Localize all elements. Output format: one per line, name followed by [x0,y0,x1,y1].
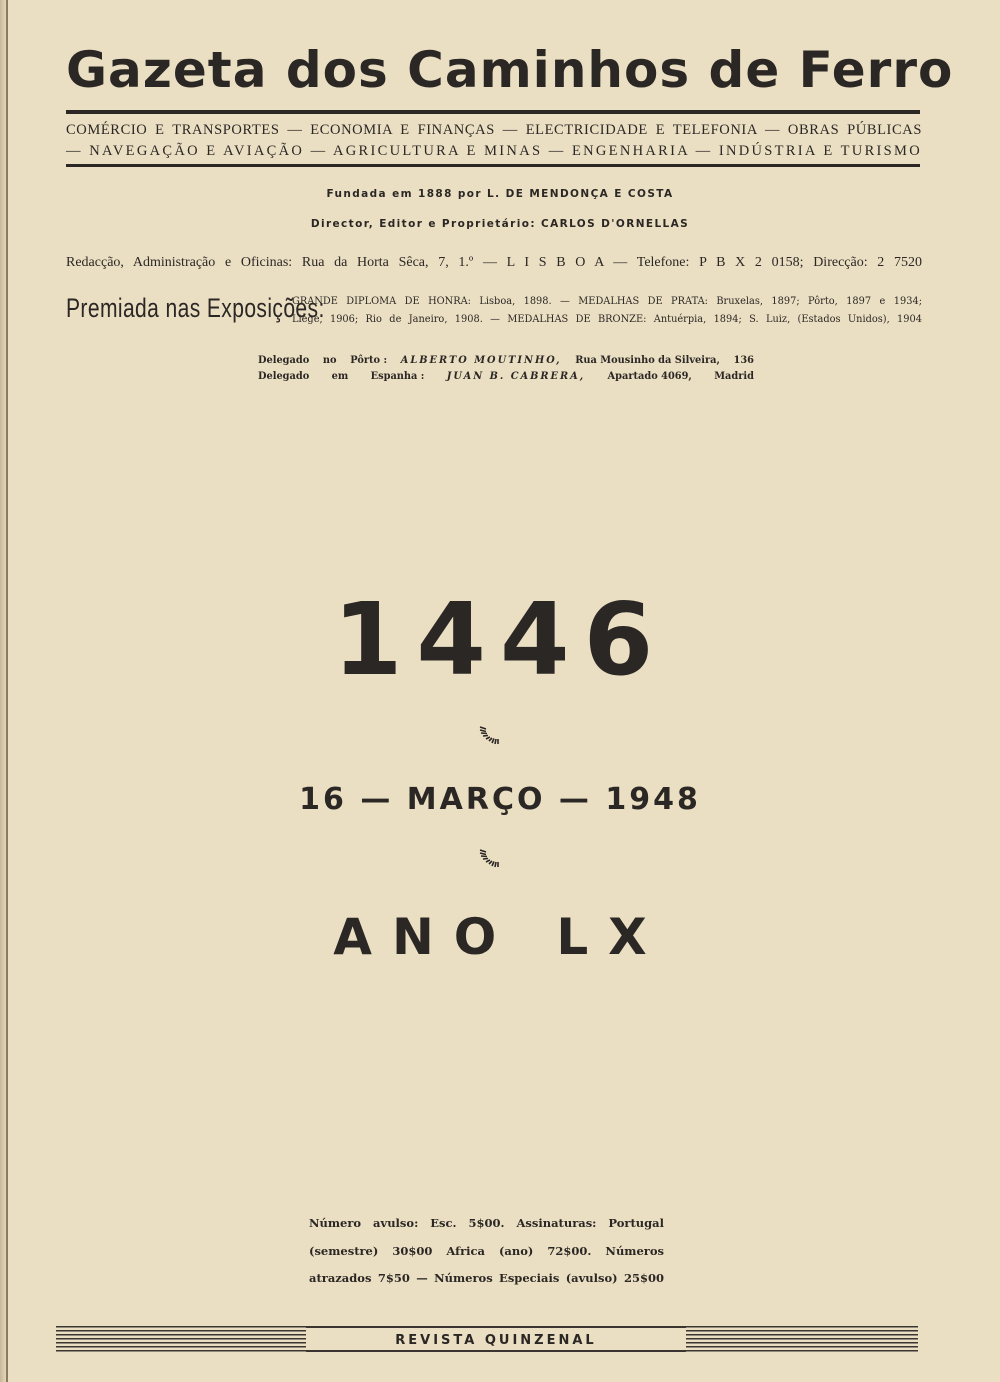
fan-ornament-icon [478,725,502,745]
delegate-name: JUAN B. CABRERA, [447,369,585,385]
masthead-title: Gazeta dos Caminhos de Ferro [66,40,922,100]
topics-line-1: COMÉRCIO E TRANSPORTES — ECONOMIA E FINA… [66,120,922,140]
year-word: ANO [333,908,516,966]
director-line: Director, Editor e Proprietário: CARLOS … [0,217,1000,231]
year-roman: LX [556,908,666,966]
delegate-prep: no [323,353,337,369]
delegate-spain: Delegado em Espanha : JUAN B. CABRERA, A… [258,369,754,385]
delegate-porto: Delegado no Pôrto : ALBERTO MOUTINHO, Ru… [258,353,754,369]
address-line: Redacção, Administração e Oficinas: Rua … [66,254,922,272]
issue-date: 16 — MARÇO — 1948 [0,780,1000,820]
issue-year: ANOLX [0,905,1000,969]
masthead-rule-top [66,110,920,114]
fan-ornament-icon [478,848,502,868]
awards-label: Premiada nas Exposições: [66,292,325,324]
footer-banner: REVISTA QUINZENAL [56,1326,918,1352]
delegate-prefix: Delegado [258,353,309,369]
delegate-prefix: Delegado [258,369,309,385]
delegate-detail-2: Madrid [714,369,754,385]
delegate-place: Pôrto : [350,353,387,369]
footer-rules-left [56,1326,306,1352]
delegate-prep: em [332,369,349,385]
issue-number: 1446 [0,580,1000,700]
delegate-place: Espanha : [371,369,425,385]
delegate-detail: Rua Mousinho da Silveira, [575,353,720,369]
masthead-rule-bottom [66,164,920,167]
delegate-detail: Apartado 4069, [608,369,692,385]
pricing-line-3: atrazados 7$50 — Números Especiais (avul… [309,1265,664,1291]
pricing-line-2: (semestre) 30$00 Africa (ano) 72$00. Núm… [309,1238,664,1264]
awards-line-2: Liège, 1906; Rio de Janeiro, 1908. — MED… [292,311,922,329]
founded-line: Fundada em 1888 por L. DE MENDONÇA E COS… [0,187,1000,201]
awards-line-1: GRANDE DIPLOMA DE HONRA: Lisboa, 1898. —… [292,293,922,311]
topics-line-2: — NAVEGAÇÃO E AVIAÇÃO — AGRICULTURA E MI… [66,141,922,161]
delegate-name: ALBERTO MOUTINHO, [401,353,562,369]
footer-label: REVISTA QUINZENAL [306,1326,686,1352]
footer-rules-right [686,1326,918,1352]
pricing-line-1: Número avulso: Esc. 5$00. Assinaturas: P… [309,1210,664,1236]
delegate-detail-2: 136 [734,353,754,369]
